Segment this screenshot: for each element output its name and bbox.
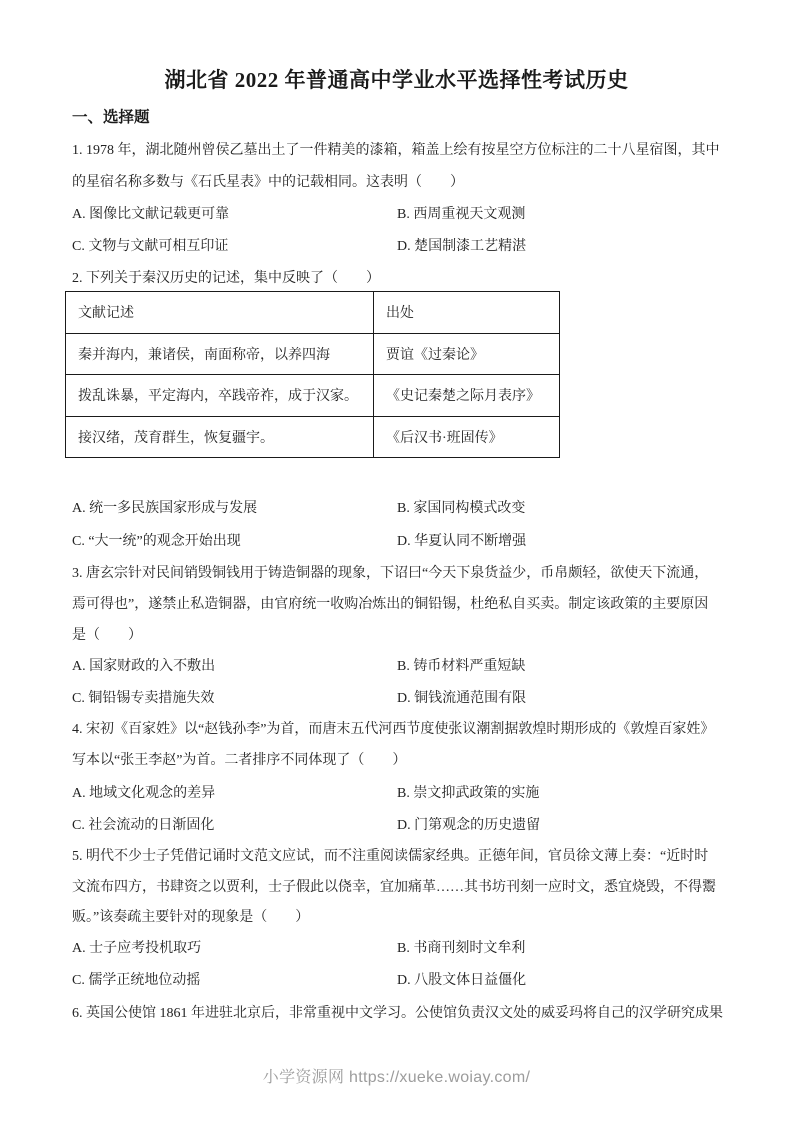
table-cell-source: 《后汉书·班固传》 — [374, 416, 560, 458]
table-row: 秦并海内，兼诸侯，南面称帝，以养四海 贾谊《过秦论》 — [66, 333, 560, 375]
question-2-options-row-cd: C. “大一统”的观念开始出现 D. 华夏认同不断增强 — [72, 531, 241, 553]
question-1-options-row-cd: C. 文物与文献可相互印证 D. 楚国制漆工艺精湛 — [72, 236, 228, 258]
table-cell-description: 秦并海内，兼诸侯，南面称帝，以养四海 — [66, 333, 374, 375]
question-5-option-c: C. 儒学正统地位动摇 — [72, 973, 200, 988]
question-1-line-2: 的星宿名称多数与《石氏星表》中的记载相同。这表明（ ） — [72, 172, 464, 194]
section-heading: 一、选择题 — [72, 105, 150, 127]
table-header-row: 文献记述 出处 — [66, 292, 560, 334]
table-row: 接汉绪，茂育群生，恢复疆宇。 《后汉书·班固传》 — [66, 416, 560, 458]
table-header-source: 出处 — [374, 292, 560, 334]
question-2-option-d: D. 华夏认同不断增强 — [397, 531, 526, 553]
question-4-options-row-cd: C. 社会流动的日渐固化 D. 门第观念的历史遗留 — [72, 815, 214, 837]
question-5-option-a: A. 士子应考投机取巧 — [72, 941, 201, 956]
question-1-option-c: C. 文物与文献可相互印证 — [72, 239, 228, 254]
question-2-option-b: B. 家国同构模式改变 — [397, 498, 525, 520]
question-4-option-d: D. 门第观念的历史遗留 — [397, 815, 540, 837]
question-3-option-d: D. 铜钱流通范围有限 — [397, 688, 526, 710]
question-4-option-a: A. 地域文化观念的差异 — [72, 786, 215, 801]
question-5-line-3: 贩。”该奏疏主要针对的现象是（ ） — [72, 907, 309, 929]
question-2-option-a: A. 统一多民族国家形成与发展 — [72, 501, 257, 516]
exam-document-page: 湖北省 2022 年普通高中学业水平选择性考试历史 一、选择题 1. 1978 … — [0, 0, 793, 1122]
question-3-options-row-cd: C. 铜铅锡专卖措施失效 D. 铜钱流通范围有限 — [72, 688, 214, 710]
question-3-line-1: 3. 唐玄宗针对民间销毁铜钱用于铸造铜器的现象，下诏曰“今天下泉货益少，币帛颇轻… — [72, 563, 708, 585]
source-table: 文献记述 出处 秦并海内，兼诸侯，南面称帝，以养四海 贾谊《过秦论》 拨乱诛暴，… — [65, 291, 560, 458]
question-2-options-row-ab: A. 统一多民族国家形成与发展 B. 家国同构模式改变 — [72, 498, 257, 520]
question-3-option-b: B. 铸币材料严重短缺 — [397, 656, 525, 678]
table-cell-description: 拨乱诛暴，平定海内，卒践帝祚，成于汉家。 — [66, 375, 374, 417]
question-3-line-3: 是（ ） — [72, 625, 142, 647]
table-header-description: 文献记述 — [66, 292, 374, 334]
question-4-line-1: 4. 宋初《百家姓》以“赵钱孙李”为首，而唐末五代河西节度使张议潮割据敦煌时期形… — [72, 719, 714, 741]
question-5-line-1: 5. 明代不少士子凭借记诵时文范文应试，而不注重阅读儒家经典。正德年间，官员徐文… — [72, 846, 708, 868]
page-title: 湖北省 2022 年普通高中学业水平选择性考试历史 — [0, 64, 793, 94]
question-1-option-d: D. 楚国制漆工艺精湛 — [397, 236, 526, 258]
question-4-options-row-ab: A. 地域文化观念的差异 B. 崇文抑武政策的实施 — [72, 783, 215, 805]
question-6-line-1: 6. 英国公使馆 1861 年进驻北京后，非常重视中文学习。公使馆负责汉文处的威… — [72, 1003, 723, 1025]
question-3-option-a: A. 国家财政的入不敷出 — [72, 659, 215, 674]
question-5-options-row-ab: A. 士子应考投机取巧 B. 书商刊刻时文牟利 — [72, 938, 201, 960]
watermark-footer: 小学资源网 https://xueke.woiay.com/ — [0, 1064, 793, 1087]
question-1-options-row-ab: A. 图像比文献记载更可靠 B. 西周重视天文观测 — [72, 204, 229, 226]
question-2-option-c: C. “大一统”的观念开始出现 — [72, 534, 241, 549]
table-cell-source: 贾谊《过秦论》 — [374, 333, 560, 375]
question-3-option-c: C. 铜铅锡专卖措施失效 — [72, 691, 214, 706]
question-1-line-1: 1. 1978 年，湖北随州曾侯乙墓出土了一件精美的漆箱，箱盖上绘有按星空方位标… — [72, 140, 720, 162]
table-cell-source: 《史记秦楚之际月表序》 — [374, 375, 560, 417]
question-5-option-d: D. 八股文体日益僵化 — [397, 970, 526, 992]
question-5-options-row-cd: C. 儒学正统地位动摇 D. 八股文体日益僵化 — [72, 970, 200, 992]
table-row: 拨乱诛暴，平定海内，卒践帝祚，成于汉家。 《史记秦楚之际月表序》 — [66, 375, 560, 417]
question-4-line-2: 写本以“张王李赵”为首。二者排序不同体现了（ ） — [72, 750, 406, 772]
question-2-line-1: 2. 下列关于秦汉历史的记述，集中反映了（ ） — [72, 268, 380, 290]
question-5-option-b: B. 书商刊刻时文牟利 — [397, 938, 525, 960]
question-4-option-b: B. 崇文抑武政策的实施 — [397, 783, 539, 805]
question-1-option-a: A. 图像比文献记载更可靠 — [72, 207, 229, 222]
question-4-option-c: C. 社会流动的日渐固化 — [72, 818, 214, 833]
table-cell-description: 接汉绪，茂育群生，恢复疆宇。 — [66, 416, 374, 458]
question-1-option-b: B. 西周重视天文观测 — [397, 204, 525, 226]
question-5-line-2: 文流布四方，书肆资之以贾利，士子假此以侥幸，宜加痛革……其书坊刊刻一应时文，悉宜… — [72, 877, 716, 899]
question-3-line-2: 焉可得也”，遂禁止私造铜器，由官府统一收购冶炼出的铜铅锡，杜绝私自买卖。制定该政… — [72, 594, 708, 616]
question-3-options-row-ab: A. 国家财政的入不敷出 B. 铸币材料严重短缺 — [72, 656, 215, 678]
